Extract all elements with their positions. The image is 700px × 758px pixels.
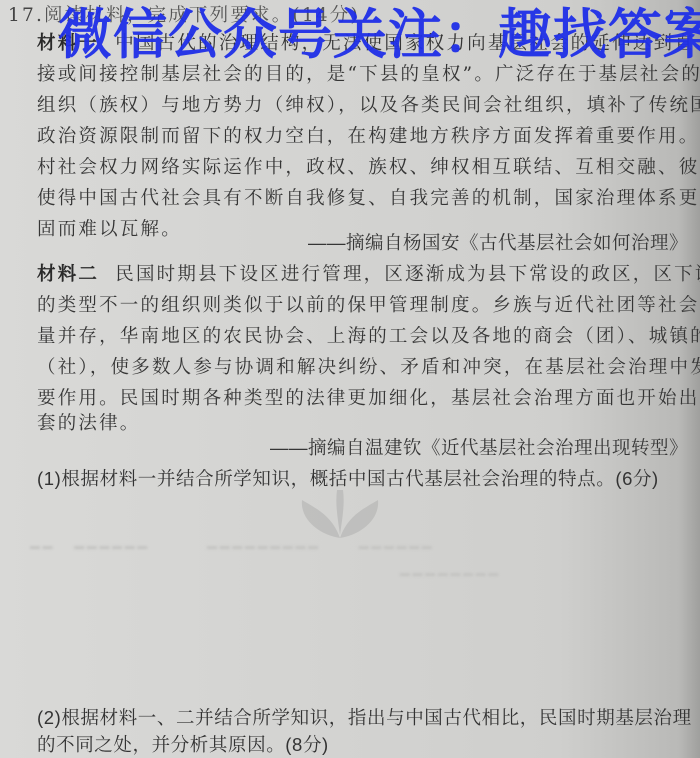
material-two-source: ——摘编自温建钦《近代基层社会治理出现转型》 xyxy=(37,434,688,462)
exam-page: 17.阅读材料，完成下列要求。(14分) 材料一 中国古代的治理结构，无法使国家… xyxy=(0,0,700,758)
material-one-line-4: 政治资源限制而留下的权力空白，在构建地方秩序方面发挥着重要作用。在乡 xyxy=(37,123,687,151)
material-one-line-5: 村社会权力网络实际运作中，政权、族权、绅权相互联结、互相交融、彼此配合， xyxy=(37,154,687,182)
material-two-line-5: 要作用。民国时期各种类型的法律更加细化，基层社会治理方面也开始出现配 xyxy=(37,385,687,413)
watermark-overlay: 微信公众号关注：趣找答案 xyxy=(58,0,700,70)
leaf-logo-icon xyxy=(290,480,390,540)
material-two-line-1: 材料二 民国时期县下设区进行管理，区逐渐成为县下常设的政区，区下设置 xyxy=(37,261,687,289)
material-two-label: 材料二 xyxy=(37,264,99,285)
question-number: 17. xyxy=(8,5,44,26)
material-one-line-3: 组织（族权）与地方势力（绅权），以及各类民间会社组织，填补了传统国家因受 xyxy=(37,92,687,120)
sub-question-2-line-1: (2)根据材料一、二并结合所学知识，指出与中国古代相比，民国时期基层治理 xyxy=(37,704,687,732)
material-one-source: ——摘编自杨国安《古代基层社会如何治理》 xyxy=(37,229,688,257)
material-two-line-3: 量并存，华南地区的农民协会、上海的工会以及各地的商会（团）、城镇的自治会 xyxy=(37,323,687,351)
material-two-line-2: 的类型不一的组织则类似于以前的保甲管理制度。乡族与近代社团等社会力 xyxy=(37,292,687,320)
bleed-through-text: ━━━━━━━━ xyxy=(400,565,501,584)
sub-question-2-line-2: 的不同之处，并分析其原因。(8分) xyxy=(37,731,687,758)
material-one-line-6: 使得中国古代社会具有不断自我修复、自我完善的机制，国家治理体系更加稳 xyxy=(37,185,687,213)
material-two-line-4: （社），使多数人参与协调和解决纠纷、矛盾和冲突，在基层社会治理中发挥了重 xyxy=(37,354,687,382)
